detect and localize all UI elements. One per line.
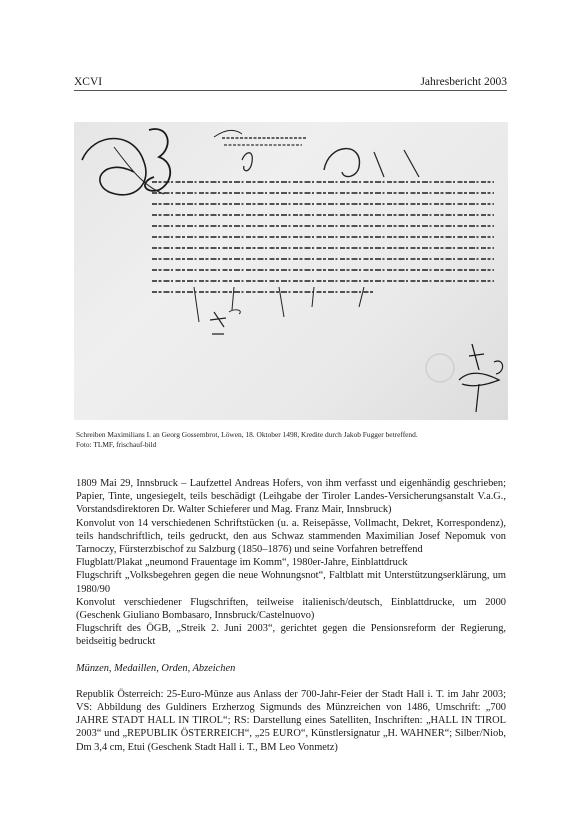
page-number: XCVI <box>74 76 102 88</box>
acquisitions-list: 1809 Mai 29, Innsbruck – Laufzettel Andr… <box>76 477 506 754</box>
figure-caption: Schreiben Maximilians I. an Georg Gossem… <box>76 430 516 450</box>
entry-item: Konvolut verschiedener Flugschriften, te… <box>76 596 506 622</box>
entry-item: Republik Österreich: 25-Euro-Münze aus A… <box>76 688 506 754</box>
entry-item: Flugschrift des ÖGB, „Streik 2. Juni 200… <box>76 622 506 648</box>
section-heading: Münzen, Medaillen, Orden, Abzeichen <box>76 662 506 675</box>
entry-item: Flugschrift „Volksbegehren gegen die neu… <box>76 569 506 595</box>
caption-text: Schreiben Maximilians I. an Georg Gossem… <box>76 430 516 440</box>
entry-item: Konvolut von 14 verschiedenen Schriftstü… <box>76 517 506 557</box>
running-title: Jahresbericht 2003 <box>420 76 507 88</box>
running-header: XCVI Jahresbericht 2003 <box>74 76 507 91</box>
entry-item: Flugblatt/Plakat „neumond Frauentage im … <box>76 556 506 569</box>
manuscript-photo <box>74 122 508 420</box>
entry-item: 1809 Mai 29, Innsbruck – Laufzettel Andr… <box>76 477 506 517</box>
photo-credit: Foto: TLMF, frischauf-bild <box>76 440 516 450</box>
manuscript-handwriting-illustration <box>74 122 508 420</box>
